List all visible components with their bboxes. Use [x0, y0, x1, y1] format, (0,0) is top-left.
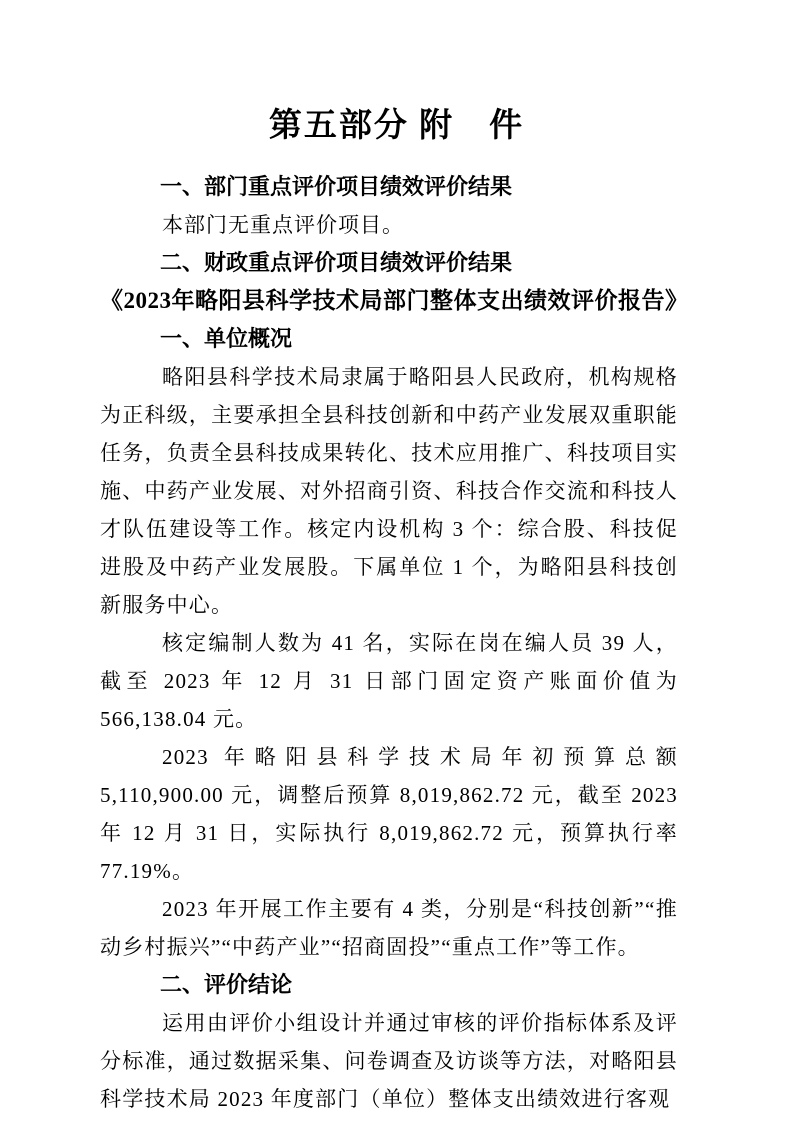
- heading-fiscal-evaluation-results: 二、财政重点评价项目绩效评价结果: [100, 244, 678, 282]
- paragraph-unit-overview-1: 略阳县科学技术局隶属于略阳县人民政府，机构规格为正科级，主要承担全县科技创新和中…: [100, 358, 678, 624]
- paragraph-unit-overview-2: 核定编制人数为 41 名，实际在岗在编人员 39 人，截至 2023 年 12 …: [100, 624, 678, 738]
- document-page: 第五部分 附 件 一、部门重点评价项目绩效评价结果 本部门无重点评价项目。 二、…: [0, 0, 793, 1122]
- report-title: 《2023年略阳县科学技术局部门整体支出绩效评价报告》: [100, 282, 678, 320]
- document-body: 一、部门重点评价项目绩效评价结果 本部门无重点评价项目。 二、财政重点评价项目绩…: [100, 168, 678, 1118]
- paragraph-conclusion-1: 运用由评价小组设计并通过审核的评价指标体系及评分标准，通过数据采集、问卷调查及访…: [100, 1004, 678, 1118]
- heading-unit-overview: 一、单位概况: [100, 320, 678, 358]
- heading-evaluation-conclusion: 二、评价结论: [100, 966, 678, 1004]
- paragraph-no-key-projects: 本部门无重点评价项目。: [100, 206, 678, 244]
- paragraph-unit-overview-4: 2023 年开展工作主要有 4 类，分别是“科技创新”“推动乡村振兴”“中药产业…: [100, 890, 678, 966]
- paragraph-unit-overview-3: 2023 年略阳县科学技术局年初预算总额 5,110,900.00 元，调整后预…: [100, 738, 678, 890]
- page-title: 第五部分 附 件: [0, 106, 793, 146]
- heading-department-evaluation-results: 一、部门重点评价项目绩效评价结果: [100, 168, 678, 206]
